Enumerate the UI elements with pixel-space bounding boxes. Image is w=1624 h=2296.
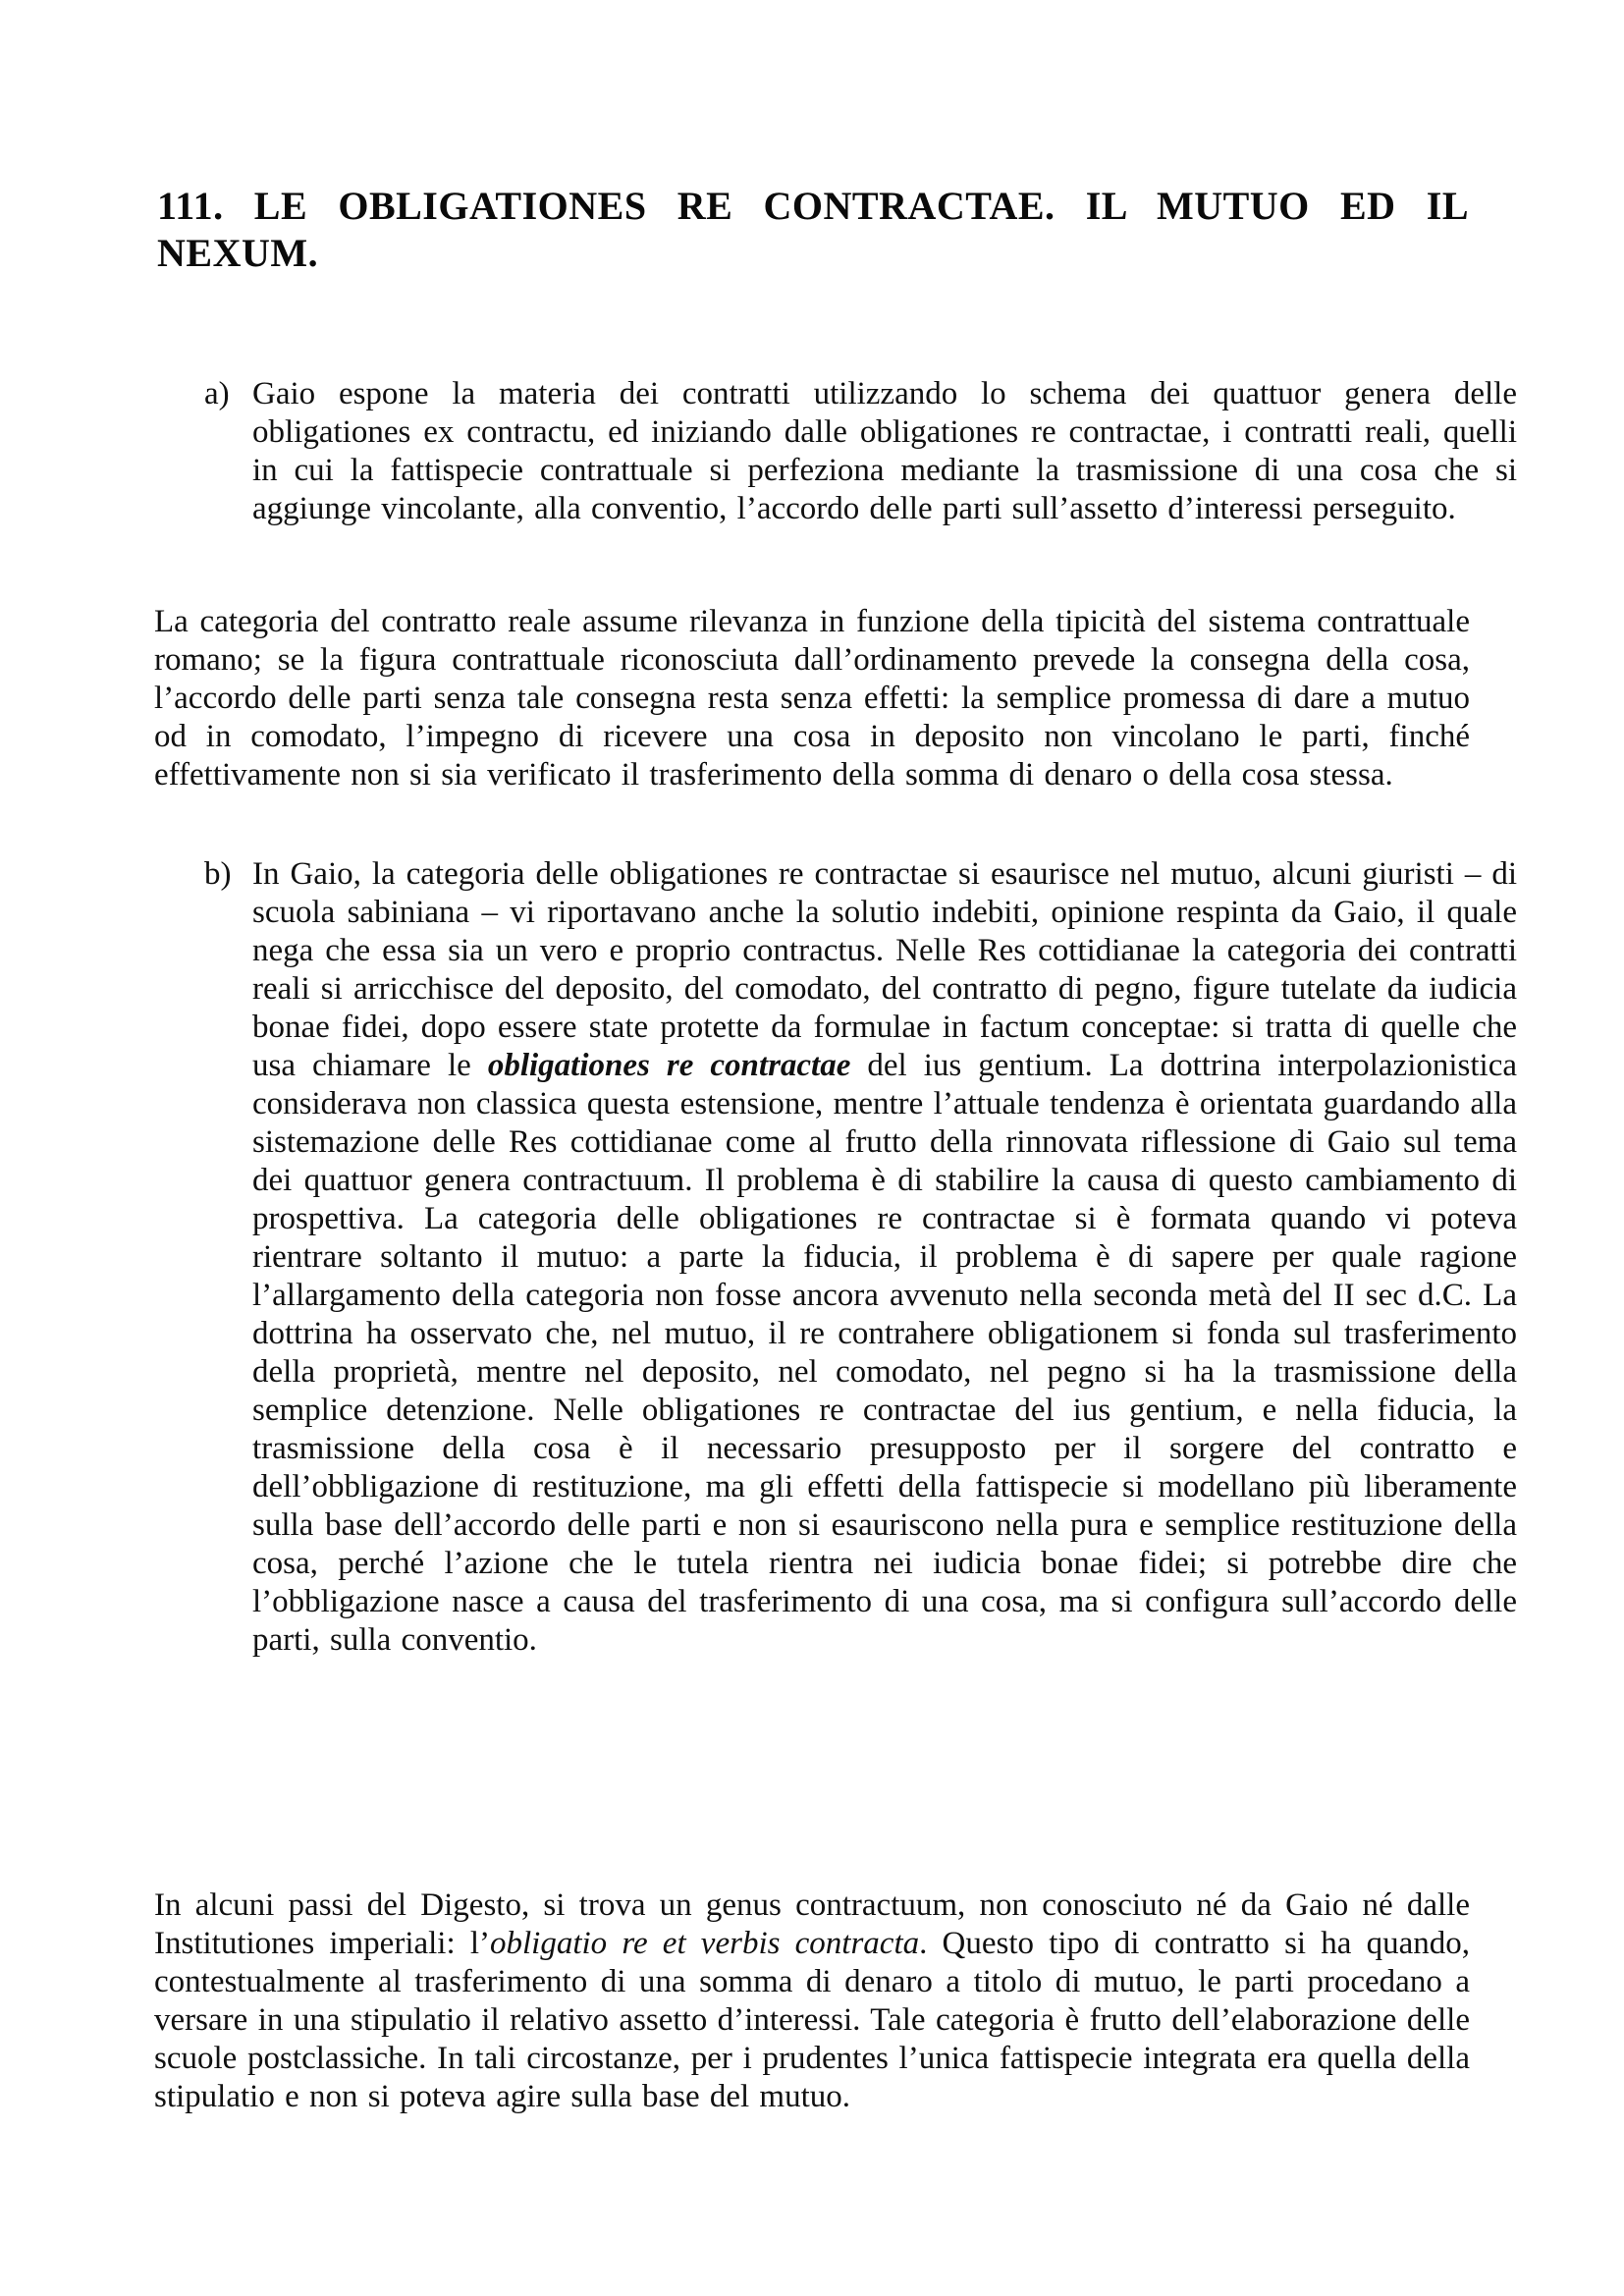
list-marker-a: a) <box>204 375 252 413</box>
document-page: 111. LE OBLIGATIONES RE CONTRACTAE. IL M… <box>0 0 1624 2296</box>
paragraph-item-b: b)In Gaio, la categoria delle obligation… <box>204 855 1517 1660</box>
paragraph-item-b-run-3: del ius gentium. La dottrina interpolazi… <box>252 1048 1517 1658</box>
paragraph-item-a-text: Gaio espone la materia dei contratti uti… <box>252 376 1517 526</box>
emphasis-obligatio-re-et-verbis-contracta: obligatio re et verbis contracta <box>490 1926 919 1961</box>
paragraph-item-a: a)Gaio espone la materia dei contratti u… <box>204 375 1517 528</box>
paragraph-contratto-reale-text: La categoria del contratto reale assume … <box>154 604 1470 793</box>
section-heading-line-2: NEXUM. <box>157 230 1469 277</box>
section-heading: 111. LE OBLIGATIONES RE CONTRACTAE. IL M… <box>157 183 1469 277</box>
list-marker-b: b) <box>204 855 252 894</box>
paragraph-digesto: In alcuni passi del Digesto, si trova un… <box>154 1886 1470 2116</box>
section-heading-line-1: 111. LE OBLIGATIONES RE CONTRACTAE. IL M… <box>157 183 1469 230</box>
paragraph-contratto-reale: La categoria del contratto reale assume … <box>154 603 1470 794</box>
emphasis-obligationes-re-contractae: obligationes re contractae <box>488 1048 851 1083</box>
